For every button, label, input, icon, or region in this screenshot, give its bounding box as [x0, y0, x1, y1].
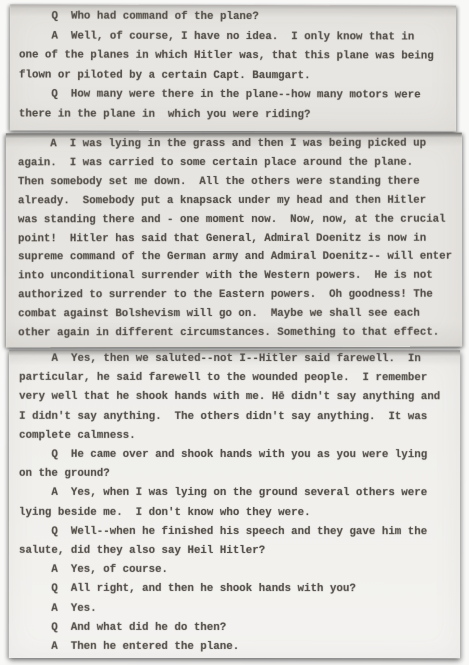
fragment-3-text: A Yes, then we saluted--not I--Hitler sa… — [9, 350, 460, 658]
transcript-fragment-2: A I was lying in the grass and then I wa… — [6, 133, 462, 348]
fragment-1-text: Q Who had command of the plane? A Well, … — [10, 4, 456, 125]
fragment-2-text: A I was lying in the grass and then I wa… — [6, 133, 462, 344]
transcript-fragment-3: A Yes, then we saluted--not I--Hitler sa… — [9, 350, 460, 658]
scanned-document-page: Q Who had command of the plane? A Well, … — [0, 0, 469, 665]
transcript-fragment-1: Q Who had command of the plane? A Well, … — [10, 4, 456, 131]
